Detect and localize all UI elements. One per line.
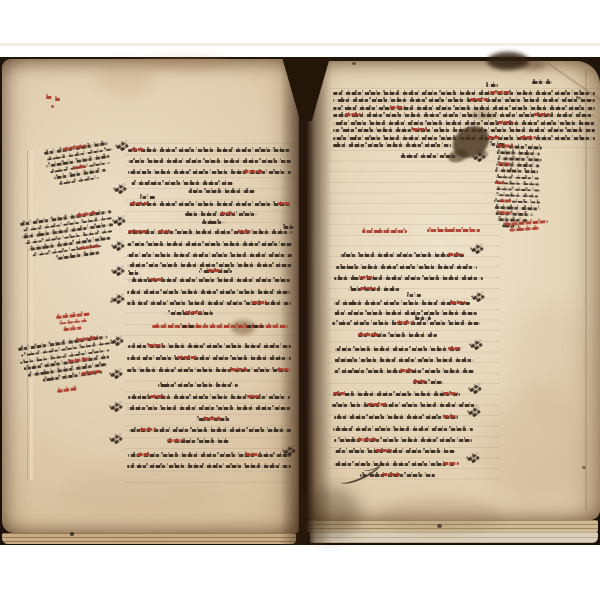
- paper-stain: [96, 62, 154, 96]
- script-line: [332, 322, 480, 325]
- script-line: [334, 416, 458, 419]
- rubric-mark: [230, 368, 247, 371]
- script-line: [407, 294, 421, 297]
- paper-stain: [300, 488, 360, 538]
- script-line: [333, 107, 595, 110]
- script-line: [333, 428, 473, 431]
- rubric-mark: [140, 428, 156, 431]
- scan-artifact-streak: [0, 43, 600, 46]
- script-line: [127, 264, 292, 267]
- script-line: [196, 418, 230, 421]
- script-line: [332, 404, 478, 407]
- script-line: [283, 226, 295, 229]
- script-line: [167, 440, 229, 443]
- rubric-mark: [247, 395, 260, 398]
- rubric-mark: [238, 230, 252, 233]
- script-line: [334, 463, 454, 466]
- rubric-mark: [490, 91, 510, 94]
- rubric-mark: [148, 344, 163, 347]
- script-line: [127, 243, 292, 246]
- ink-overwrite: [247, 325, 263, 328]
- rubric-mark: [495, 181, 505, 184]
- script-line: [127, 465, 291, 468]
- script-line: [128, 272, 140, 275]
- script-line: [129, 429, 291, 432]
- script-line: [348, 288, 400, 291]
- script-line: [333, 114, 595, 117]
- rubric-mark: [150, 278, 164, 281]
- script-line: [333, 99, 595, 102]
- rubric-mark: [177, 356, 197, 359]
- rubric-mark: [360, 276, 374, 279]
- script-line: [128, 203, 291, 206]
- rubric-heading-segment: [427, 229, 480, 232]
- rubric-mark: [357, 438, 377, 441]
- script-line: [185, 213, 258, 216]
- folio-mark-dot: [51, 105, 54, 108]
- rubric-mark: [533, 113, 550, 116]
- script-line: [127, 369, 291, 372]
- ink-blot-stain: [478, 150, 488, 158]
- rubric-mark: [277, 368, 289, 371]
- rubric-mark: [413, 380, 427, 383]
- rubric-mark: [499, 199, 511, 202]
- script-line: [333, 92, 595, 95]
- paper-stain: [140, 56, 230, 70]
- script-line: [335, 450, 455, 453]
- rubric-mark: [207, 269, 222, 272]
- rubric-mark: [278, 202, 290, 205]
- script-line: [128, 454, 291, 457]
- script-line: [340, 254, 464, 257]
- rubric-mark: [345, 113, 361, 116]
- rubric-mark: [158, 230, 172, 233]
- rubric-mark: [185, 311, 202, 314]
- rubric-mark: [448, 253, 463, 256]
- rubric-mark: [450, 301, 466, 304]
- ruled-lines-right-main: [328, 150, 500, 485]
- script-line: [158, 384, 238, 387]
- folio-mark-stroke: [46, 96, 52, 99]
- script-line: [199, 270, 232, 273]
- rubric-mark: [443, 392, 458, 395]
- script-line: [167, 312, 213, 315]
- under-page-edge-right: [310, 532, 598, 543]
- script-line: [335, 348, 460, 351]
- rubric-mark: [128, 230, 148, 233]
- page-edge-stack-left: [2, 533, 296, 544]
- rubric-mark: [412, 128, 427, 131]
- rubric-mark: [130, 202, 148, 205]
- paper-stain: [515, 300, 595, 420]
- script-line: [128, 149, 291, 152]
- script-line: [333, 393, 460, 396]
- rubric-mark: [499, 211, 513, 214]
- rubric-mark: [131, 148, 144, 151]
- script-line: [336, 266, 477, 269]
- script-line: [128, 231, 292, 234]
- script-line: [127, 291, 290, 294]
- script-line: [131, 182, 233, 185]
- script-line: [202, 221, 225, 224]
- script-line: [334, 302, 470, 305]
- ink-blot-stain: [520, 60, 546, 70]
- script-line: [127, 254, 292, 257]
- script-line: [333, 312, 477, 315]
- rubric-mark: [443, 415, 458, 418]
- rubric-mark: [243, 170, 263, 173]
- rubric-mark: [252, 301, 267, 304]
- rubric-mark: [487, 136, 500, 139]
- script-line: [413, 381, 443, 384]
- script-line: [128, 160, 291, 163]
- rubric-mark: [448, 347, 462, 350]
- rubric-mark: [358, 333, 380, 336]
- script-line: [127, 357, 291, 360]
- script-line: [334, 370, 474, 373]
- rubric-mark: [397, 321, 413, 324]
- rubric-mark: [367, 403, 387, 406]
- rubric-mark: [360, 287, 376, 290]
- paper-stain: [437, 524, 442, 528]
- rubric-mark: [498, 162, 510, 165]
- script-line: [140, 196, 155, 199]
- rubric-mark: [137, 453, 150, 456]
- rubric-mark: [220, 212, 235, 215]
- script-line: [360, 474, 435, 477]
- paper-stain: [352, 62, 356, 65]
- script-line: [334, 439, 472, 442]
- rubric-mark: [167, 439, 183, 442]
- script-line: [188, 190, 255, 193]
- paper-crease: [30, 150, 33, 480]
- script-line: [333, 122, 595, 125]
- paper-stain: [70, 532, 74, 536]
- rubric-line: [152, 325, 288, 328]
- folio-mark-stroke: [55, 98, 60, 101]
- ink-overwrite: [182, 325, 196, 328]
- rubric-mark: [245, 453, 260, 456]
- script-line: [358, 334, 437, 337]
- paper-crease: [27, 150, 28, 480]
- script-line: [128, 279, 290, 282]
- rubric-mark: [375, 449, 392, 452]
- script-line: [334, 359, 474, 362]
- rubric-mark: [497, 121, 513, 124]
- rubric-mark: [382, 473, 400, 476]
- script-line: [127, 302, 291, 305]
- script-line: [128, 396, 290, 399]
- script-line: [334, 277, 483, 280]
- rubric-mark: [390, 106, 404, 109]
- rubric-mark: [400, 369, 414, 372]
- rubric-mark: [150, 395, 165, 398]
- rubric-mark: [203, 417, 221, 420]
- script-line: [415, 317, 431, 320]
- script-line: [127, 407, 291, 410]
- script-line: [532, 81, 552, 84]
- rubric-mark: [333, 392, 345, 395]
- script-line: [128, 171, 291, 174]
- script-line: [333, 144, 451, 147]
- rubric-mark: [497, 144, 513, 148]
- rubric-mark: [470, 98, 488, 101]
- rubric-heading-segment: [362, 230, 407, 233]
- script-line: [128, 345, 291, 348]
- rubric-mark: [520, 136, 536, 139]
- rubric-mark: [443, 462, 459, 465]
- script-line: [486, 84, 498, 87]
